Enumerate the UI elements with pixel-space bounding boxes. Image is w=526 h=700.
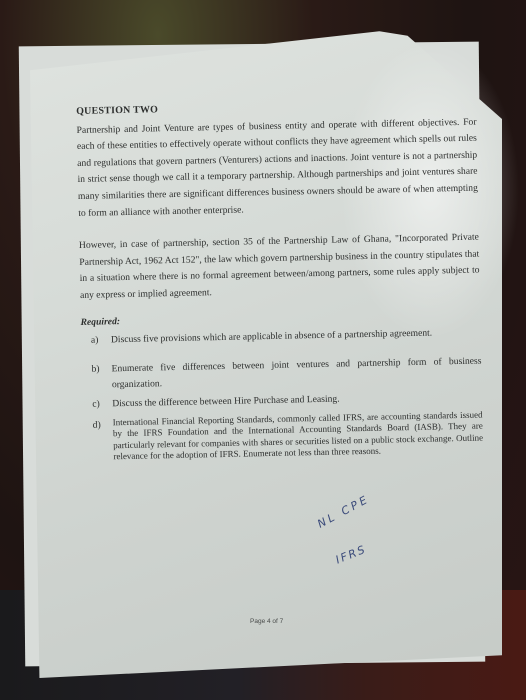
document-content: QUESTION TWO Partnership and Joint Ventu… (76, 96, 483, 464)
item-label: c) (92, 396, 112, 413)
item-text: International Financial Reporting Standa… (113, 409, 484, 463)
page-number: Page 4 of 7 (250, 618, 283, 625)
question-item-b: b) Enumerate five differences between jo… (91, 353, 482, 394)
question-item-d: d) International Financial Reporting Sta… (93, 409, 484, 463)
item-label: d) (93, 417, 114, 463)
intro-paragraph: Partnership and Joint Venture are types … (76, 114, 478, 222)
item-label: b) (91, 361, 112, 395)
law-paragraph: However, in case of partnership, section… (79, 230, 480, 305)
item-text: Enumerate five differences between joint… (111, 353, 482, 394)
item-label: a) (91, 332, 111, 349)
